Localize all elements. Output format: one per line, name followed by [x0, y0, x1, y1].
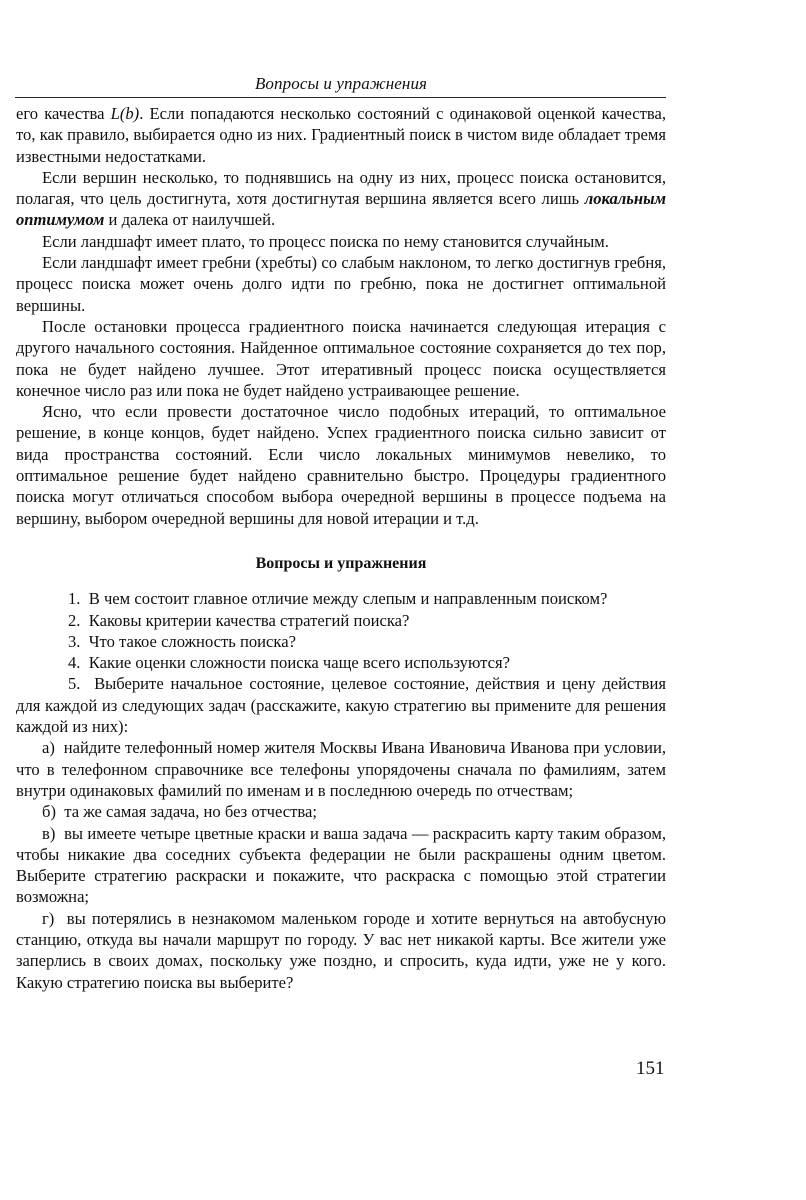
question-text: Что такое сложность поиска?: [89, 632, 296, 651]
question-text: Какие оценки сложности поиска чаще всего…: [89, 653, 510, 672]
question-text: Выберите начальное состояние, целевое со…: [16, 674, 666, 736]
page-number: 151: [636, 1058, 665, 1080]
subitem-v: в) вы имеете четыре цветные краски и ваш…: [16, 823, 666, 908]
paragraph-3: Если ландшафт имеет плато, то процесс по…: [16, 231, 666, 252]
subitem-text: та же самая задача, но без отчества;: [64, 802, 317, 821]
question-5: 5. Выберите начальное состояние, целевое…: [16, 673, 666, 737]
subitem-g: г) вы потерялись в незнакомом маленьком …: [16, 908, 666, 993]
question-number: 4.: [42, 652, 80, 673]
question-3: 3. Что такое сложность поиска?: [16, 631, 666, 652]
section-title: Вопросы и упражнения: [16, 553, 666, 574]
paragraph-4: Если ландшафт имеет гребни (хребты) со с…: [16, 252, 666, 316]
question-number: 1.: [42, 588, 80, 609]
paragraph-text: и далека от наилучшей.: [104, 210, 275, 229]
subitem-label: б): [42, 802, 56, 821]
question-number: 3.: [42, 631, 80, 652]
question-number: 5.: [42, 673, 80, 694]
question-text: Каковы критерии качества стратегий поиск…: [89, 611, 410, 630]
subitem-label: г): [42, 909, 54, 928]
paragraph-5: После остановки процесса градиентного по…: [16, 316, 666, 401]
paragraph-1: его качества L(b). Если попадаются неско…: [16, 103, 666, 167]
paragraph-2: Если вершин несколько, то поднявшись на …: [16, 167, 666, 231]
subitem-label: а): [42, 738, 55, 757]
question-2: 2. Каковы критерии качества стратегий по…: [16, 610, 666, 631]
subitem-a: а) найдите телефонный номер жителя Москв…: [16, 737, 666, 801]
paragraph-6: Ясно, что если провести достаточное числ…: [16, 401, 666, 529]
question-text: В чем состоит главное отличие между слеп…: [89, 589, 608, 608]
subitem-label: в): [42, 824, 55, 843]
page-body: его качества L(b). Если попадаются неско…: [16, 103, 666, 993]
subitem-text: вы потерялись в незнакомом маленьком гор…: [16, 909, 666, 992]
running-head: Вопросы и упражнения: [16, 74, 666, 94]
header-rule: [15, 97, 666, 98]
subitem-b: б) та же самая задача, но без отчества;: [16, 801, 666, 822]
subitem-text: найдите телефонный номер жителя Москвы И…: [16, 738, 666, 800]
paragraph-text: Если вершин несколько, то поднявшись на …: [16, 168, 666, 208]
question-4: 4. Какие оценки сложности поиска чаще вс…: [16, 652, 666, 673]
question-number: 2.: [42, 610, 80, 631]
question-1: 1. В чем состоит главное отличие между с…: [16, 588, 666, 609]
math-expression: L(b): [111, 104, 140, 123]
paragraph-text: его качества: [16, 104, 111, 123]
subitem-text: вы имеете четыре цветные краски и ваша з…: [16, 824, 666, 907]
